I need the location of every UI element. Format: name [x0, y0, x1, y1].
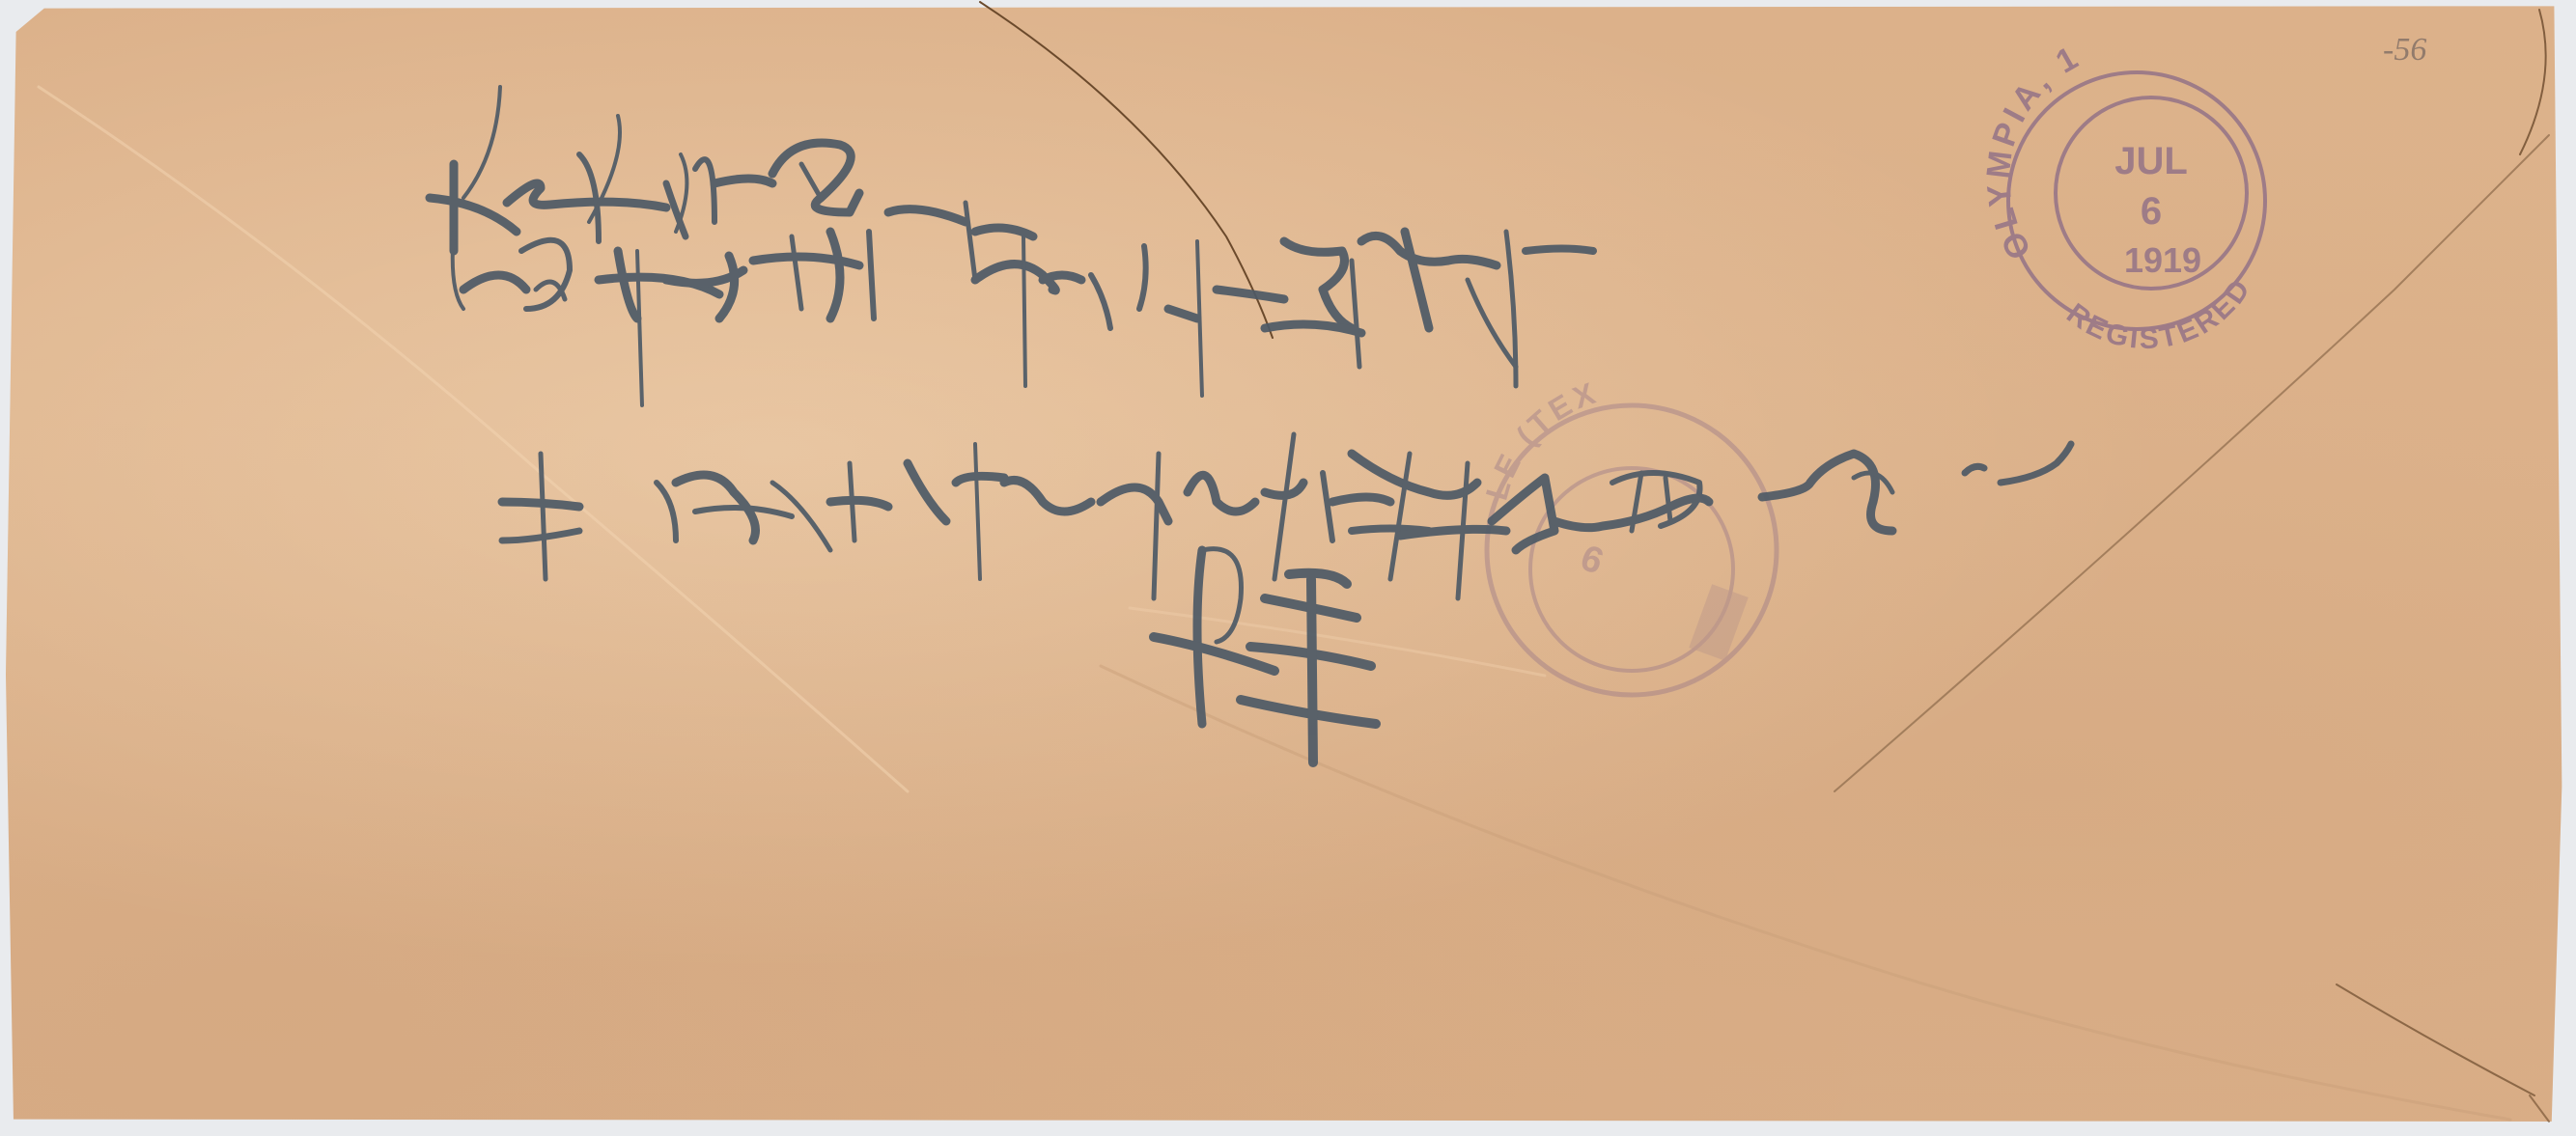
- calligraphy-row-2-continued: [975, 232, 1593, 396]
- postmark-faint: LE (TEX 9: [1479, 374, 1777, 695]
- postmark-registered: REGISTERED: [2060, 272, 2257, 355]
- svg-text:OLYMPIA, 1: OLYMPIA, 1: [1980, 38, 2087, 265]
- handwriting-calligraphy: [430, 87, 2071, 762]
- calligraphy-row-1: [430, 87, 859, 251]
- postmark-year: 1919: [2124, 240, 2201, 280]
- faint-postmark-center: 9: [1576, 536, 1609, 581]
- svg-text:REGISTERED: REGISTERED: [2060, 272, 2257, 355]
- envelope-overlay: -56 OLYMPIA, 1 REGISTERED JUL 6 1919: [0, 0, 2576, 1136]
- postmark-olympia: OLYMPIA, 1 REGISTERED JUL 6 1919: [1980, 38, 2265, 355]
- pencil-note: -56: [2383, 32, 2426, 68]
- postmark-city: OLYMPIA, 1: [1980, 38, 2087, 265]
- calligraphy-row-2: [453, 203, 1033, 405]
- calligraphy-signature: [1154, 549, 1376, 762]
- scan-background: -56 OLYMPIA, 1 REGISTERED JUL 6 1919: [0, 0, 2576, 1136]
- postmark-day: 6: [2141, 190, 2162, 233]
- postmark-month: JUL: [2114, 140, 2188, 182]
